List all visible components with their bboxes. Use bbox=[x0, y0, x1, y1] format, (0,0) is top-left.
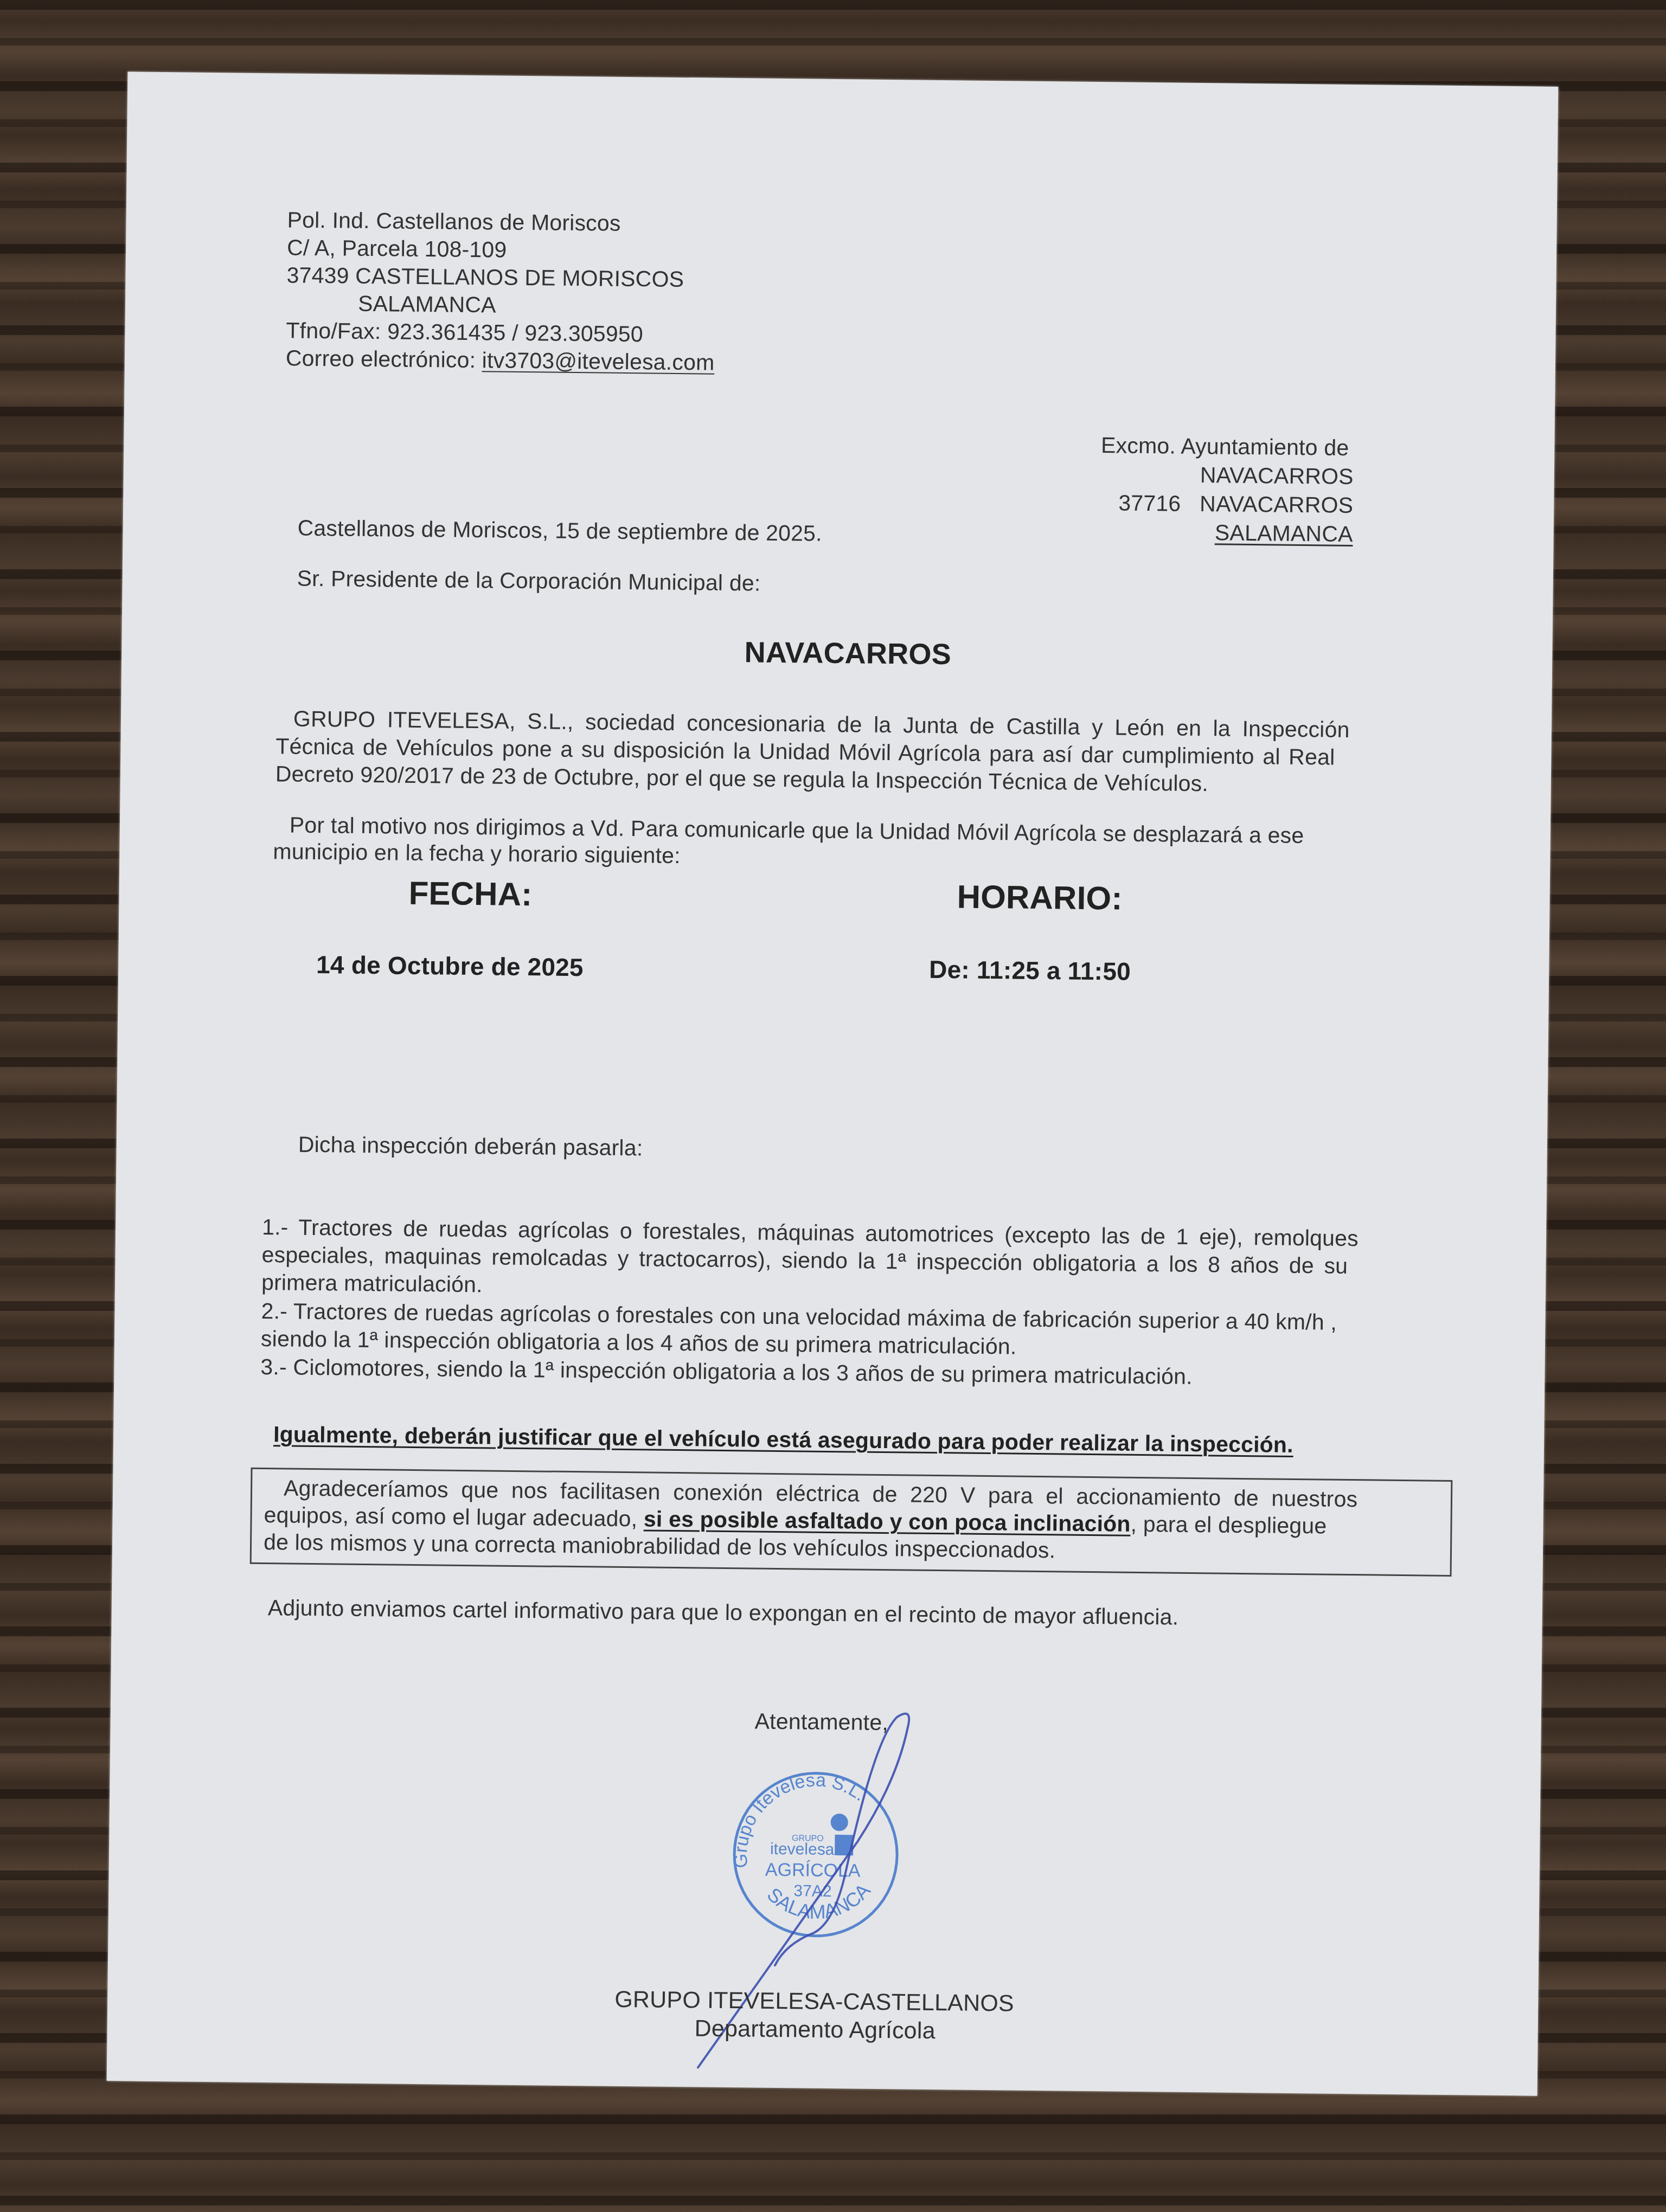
recipient-town: NAVACARROS bbox=[1200, 491, 1353, 518]
sender-email-label: Correo electrónico: bbox=[286, 345, 476, 372]
sender-address-line2: C/ A, Parcela 108-109 bbox=[287, 236, 507, 261]
intro-line-3: Decreto 920/2017 de 23 de Octubre, por e… bbox=[275, 763, 1208, 795]
attachment-note: Adjunto enviamos cartel informativo para… bbox=[268, 1597, 1179, 1629]
salutation: Sr. Presidente de la Corporación Municip… bbox=[297, 568, 760, 595]
sender-province: SALAMANCA bbox=[358, 293, 496, 317]
boxed-note-line-3: de los mismos y una correcta maniobrabil… bbox=[264, 1531, 1056, 1561]
boxed-note-line-2-after: , para el despliegue bbox=[1130, 1512, 1327, 1539]
place-date: Castellanos de Moriscos, 15 de septiembr… bbox=[297, 517, 822, 545]
recipient-line1: Excmo. Ayuntamiento de bbox=[1101, 434, 1349, 459]
sender-phone: Tfno/Fax: 923.361435 / 923.305950 bbox=[286, 319, 643, 345]
boxed-note-line-2-before: equipos, así como el lugar adecuado, bbox=[264, 1502, 644, 1531]
signatory-company: GRUPO ITEVELESA-CASTELLANOS bbox=[614, 1988, 1014, 2016]
boxed-note: Agradeceríamos que nos facilitasen conex… bbox=[250, 1468, 1453, 1577]
signatory-department: Departamento Agrícola bbox=[695, 2017, 935, 2043]
inspection-intro: Dicha inspección deberán pasarla: bbox=[298, 1134, 643, 1160]
sender-email-row: Correo electrónico: itv3703@itevelesa.co… bbox=[286, 347, 715, 374]
motive-line-2: municipio en la fecha y horario siguient… bbox=[273, 840, 681, 867]
date-label: FECHA: bbox=[408, 877, 532, 911]
municipality-heading: NAVACARROS bbox=[121, 631, 1552, 676]
recipient-line2: NAVACARROS bbox=[1200, 464, 1354, 488]
requirements-list: 1.- Tractores de ruedas agrícolas o fore… bbox=[127, 72, 1558, 87]
date-value: 14 de Octubre de 2025 bbox=[316, 952, 584, 980]
insurance-notice: Igualmente, deberán justificar que el ve… bbox=[273, 1423, 1293, 1456]
time-label: HORARIO: bbox=[957, 880, 1123, 915]
requirement-1-line-3: primera matriculación. bbox=[261, 1271, 483, 1296]
sender-email-link[interactable]: itv3703@itevelesa.com bbox=[482, 348, 714, 375]
requirement-2-line-2: siendo la 1ª inspección obligatoria a lo… bbox=[261, 1328, 1017, 1358]
time-value: De: 11:25 a 11:50 bbox=[929, 957, 1131, 984]
requirement-3-line-1: 3.- Ciclomotores, siendo la 1ª inspecció… bbox=[260, 1356, 1193, 1388]
sender-address-line1: Pol. Ind. Castellanos de Moriscos bbox=[287, 209, 620, 234]
recipient-postal-code: 37716 bbox=[1118, 490, 1181, 516]
recipient-line3-row: 37716 NAVACARROS bbox=[1118, 492, 1353, 517]
recipient-province: SALAMANCA bbox=[1215, 522, 1353, 545]
boxed-note-emphasis: si es posible asfaltado y con poca incli… bbox=[644, 1506, 1131, 1536]
letter-page: Pol. Ind. Castellanos de Moriscos C/ A, … bbox=[107, 72, 1559, 2095]
sender-address-line3: 37439 CASTELLANOS DE MORISCOS bbox=[286, 264, 684, 291]
